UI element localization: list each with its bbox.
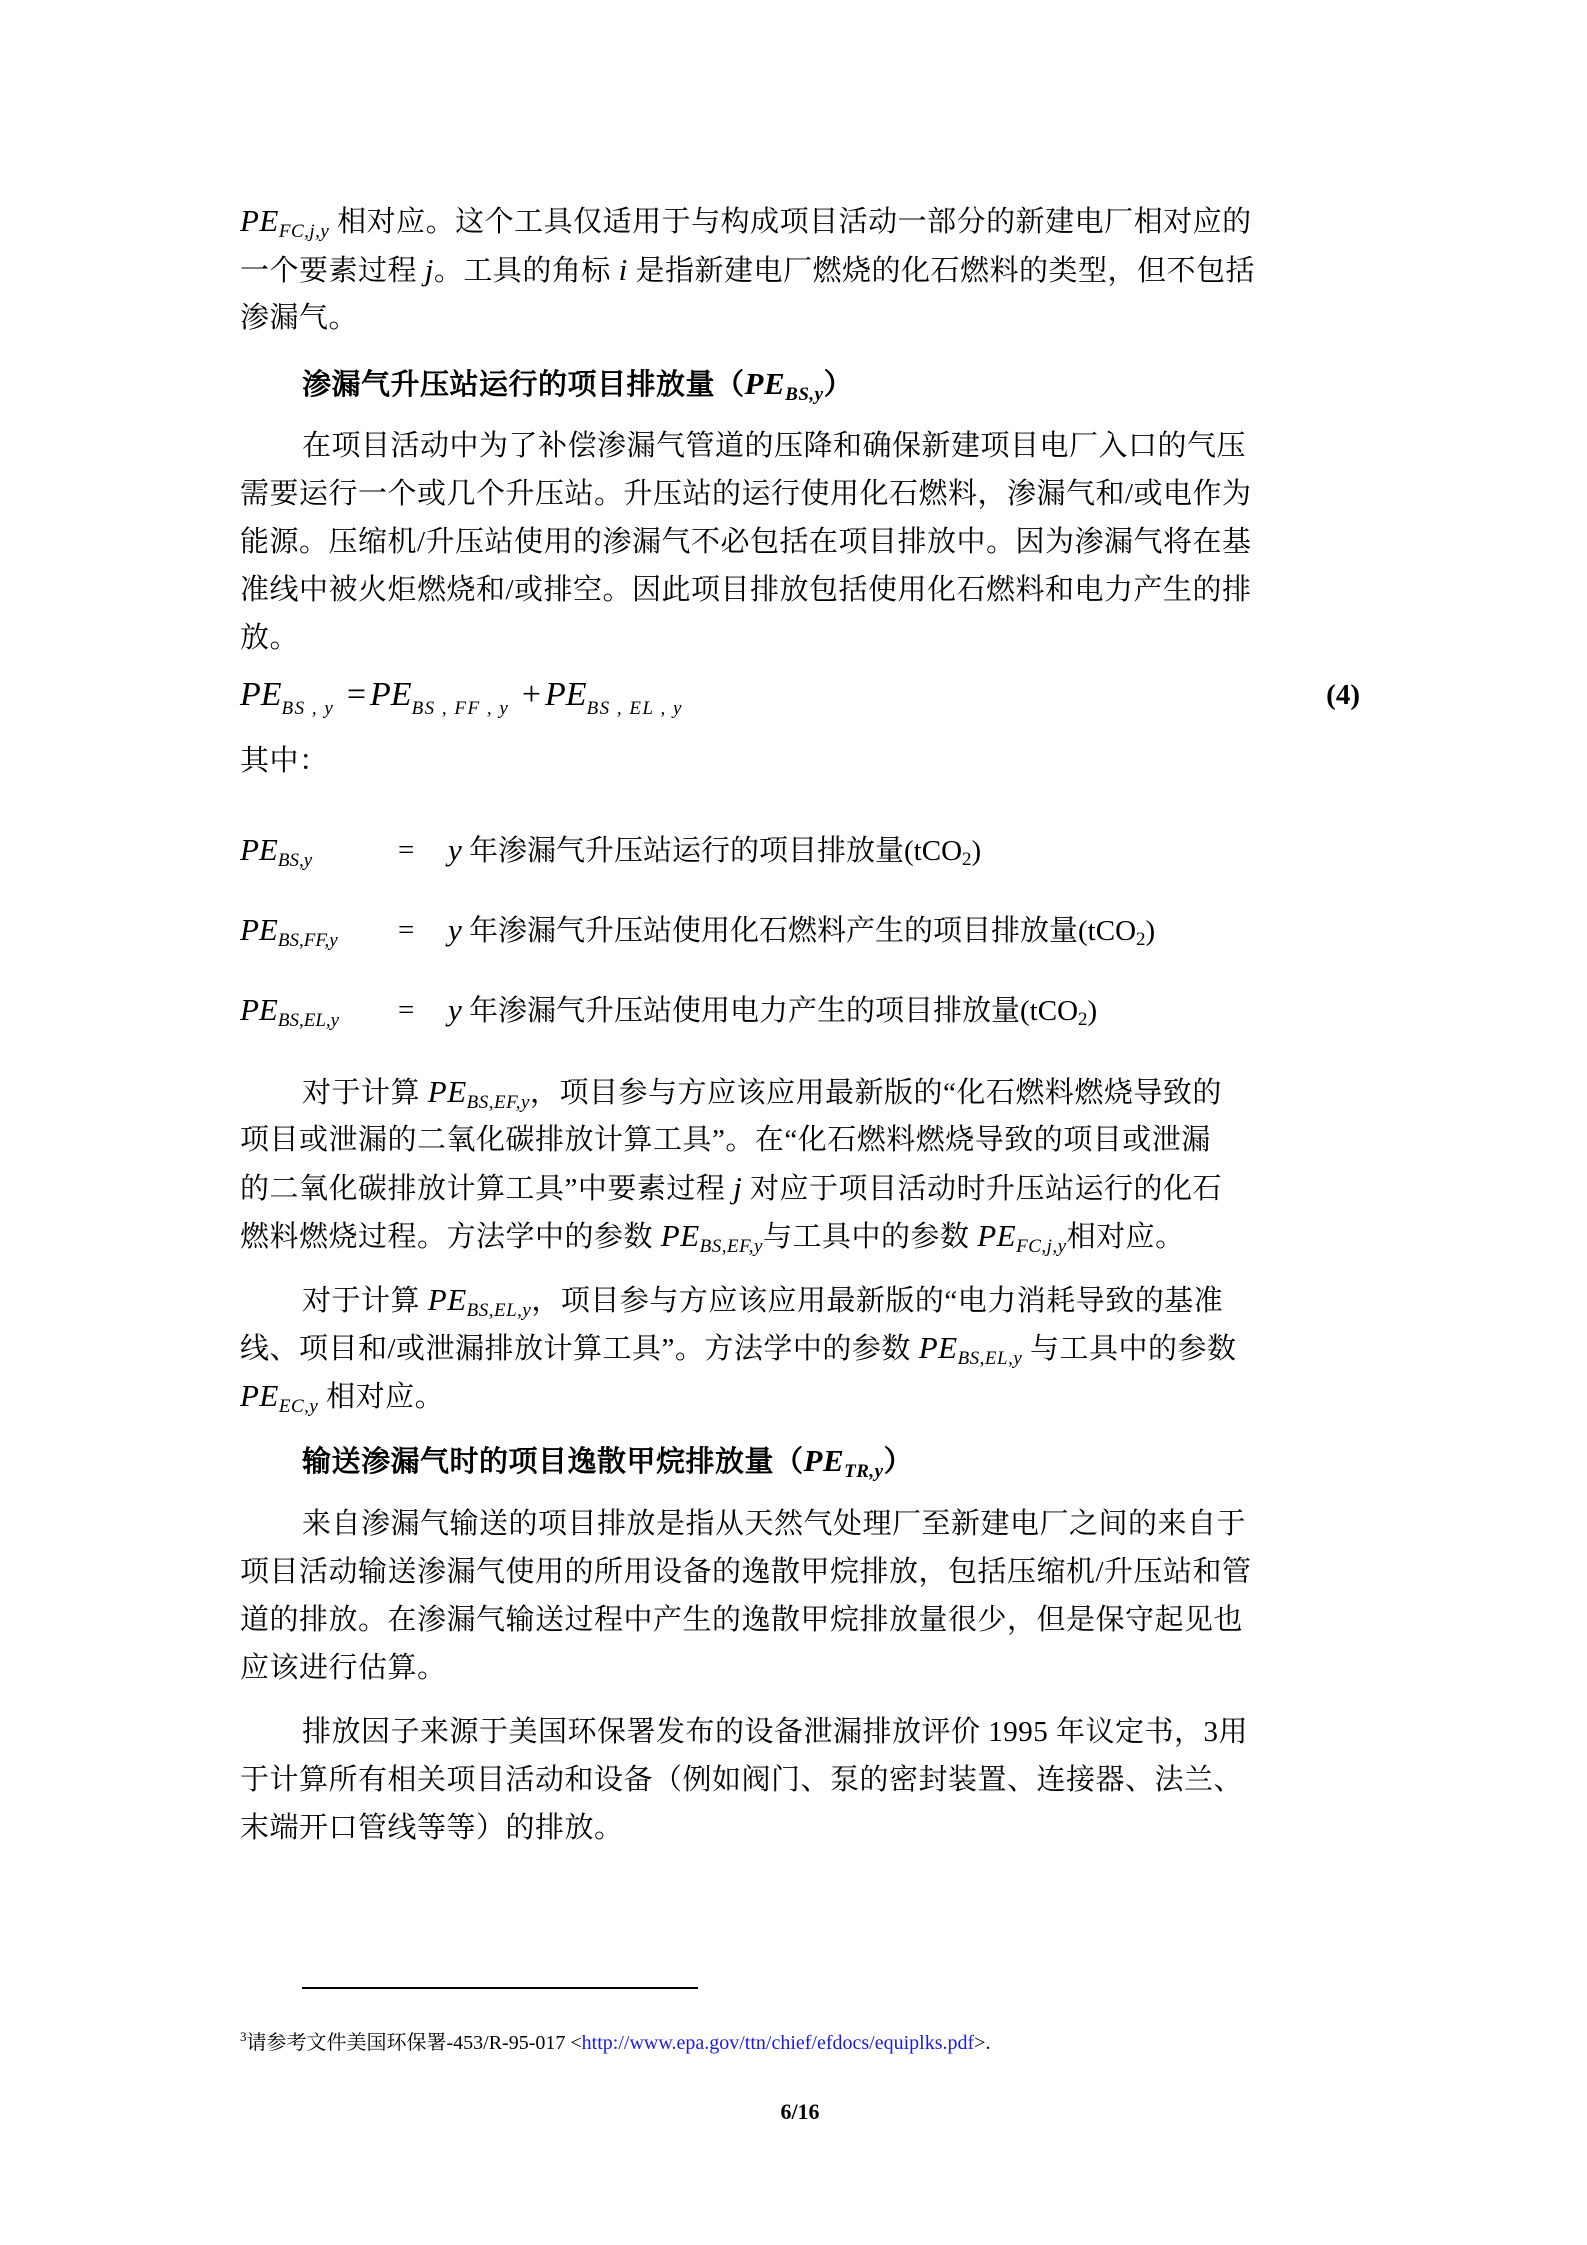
section-heading-booster: 渗漏气升压站运行的项目排放量（PEBS,y） [302,366,853,403]
intro-line-3: 渗漏气。 [240,300,358,336]
booster-paragraph-line-5: 放。 [240,620,299,656]
intro-line-2: 一个要素过程 j。工具的角标 i 是指新建电厂燃烧的化石燃料的类型，但不包括 [240,252,1255,289]
ef-paragraph-line-4: 燃料燃烧过程。方法学中的参数 PEBS,EF,y与工具中的参数 PEFC,j,y… [240,1218,1185,1255]
definition-symbol: PEBS,y [240,830,312,870]
equation-4: PEBS , y =PEBS , FF , y +PEBS , EL , y [240,675,683,715]
booster-paragraph-line-1: 在项目活动中为了补偿渗漏气管道的压降和确保新建项目电厂入口的气压 [302,428,1246,464]
emission-factor-paragraph-line-2: 于计算所有相关项目活动和设备（例如阀门、泵的密封装置、连接器、法兰、 [240,1762,1243,1798]
emission-factor-paragraph-line-3: 末端开口管线等等）的排放。 [240,1810,624,1846]
page-number: 6/16 [240,2098,1360,2126]
variable-pe-tr: PETR,y [804,1443,884,1478]
el-paragraph-line-3: PEEC,y 相对应。 [240,1378,444,1415]
el-paragraph-line-1: 对于计算 PEBS,EL,y，项目参与方应该应用最新版的“电力消耗导致的基准 [302,1282,1223,1319]
booster-paragraph-line-3: 能源。压缩机/升压站使用的渗漏气不必包括在项目排放中。因为渗漏气将在基 [240,524,1252,560]
intro-line-1: PEFC,j,y 相对应。这个工具仅适用于与构成项目活动一部分的新建电厂相对应的 [240,203,1252,240]
definition-row: PEBS,EL,y = y 年渗漏气升压站使用电力产生的项目排放量(tCO2) [240,990,1360,1030]
emission-factor-paragraph-line-1: 排放因子来源于美国环保署发布的设备泄漏排放评价 1995 年议定书，3用 [302,1714,1248,1750]
definition-symbol: PEBS,FF,y [240,910,338,950]
ef-paragraph-line-2: 项目或泄漏的二氧化碳排放计算工具”。在“化石燃料燃烧导致的项目或泄漏 [240,1122,1211,1158]
variable-pe-bs: PEBS,y [745,366,824,401]
footnote-link[interactable]: http://www.epa.gov/ttn/chief/efdocs/equi… [582,2032,975,2054]
variable-pe-fc: PEFC,j,y [240,203,329,238]
booster-paragraph-line-4: 准线中被火炬燃烧和/或排空。因此项目排放包括使用化石燃料和电力产生的排 [240,572,1252,608]
where-label: 其中： [240,743,329,779]
transport-paragraph-line-3: 道的排放。在渗漏气输送过程中产生的逸散甲烷排放量很少，但是保守起见也 [240,1602,1243,1638]
transport-paragraph-line-1: 来自渗漏气输送的项目排放是指从天然气处理厂至新建电厂之间的来自于 [302,1506,1246,1542]
definition-row: PEBS,y = y 年渗漏气升压站运行的项目排放量(tCO2) [240,830,1360,870]
definition-row: PEBS,FF,y = y 年渗漏气升压站使用化石燃料产生的项目排放量(tCO2… [240,910,1360,950]
transport-paragraph-line-2: 项目活动输送渗漏气使用的所用设备的逸散甲烷排放，包括压缩机/升压站和管 [240,1554,1252,1590]
footnote: 3请参考文件美国环保署-453/R-95-017 <http://www.epa… [240,2030,990,2056]
equation-number: (4) [1326,675,1360,715]
el-paragraph-line-2: 线、项目和/或泄漏排放计算工具”。方法学中的参数 PEBS,EL,y 与工具中的… [240,1330,1237,1367]
transport-paragraph-line-4: 应该进行估算。 [240,1650,447,1686]
definition-symbol: PEBS,EL,y [240,990,339,1030]
booster-paragraph-line-2: 需要运行一个或几个升压站。升压站的运行使用化石燃料，渗漏气和/或电作为 [240,476,1252,512]
section-heading-transport: 输送渗漏气时的项目逸散甲烷排放量（PETR,y） [302,1443,913,1480]
ef-paragraph-line-3: 的二氧化碳排放计算工具”中要素过程 j 对应于项目活动时升压站运行的化石 [240,1170,1222,1207]
footnote-divider [302,1987,698,1989]
ef-paragraph-line-1: 对于计算 PEBS,EF,y，项目参与方应该应用最新版的“化石燃料燃烧导致的 [302,1074,1222,1111]
